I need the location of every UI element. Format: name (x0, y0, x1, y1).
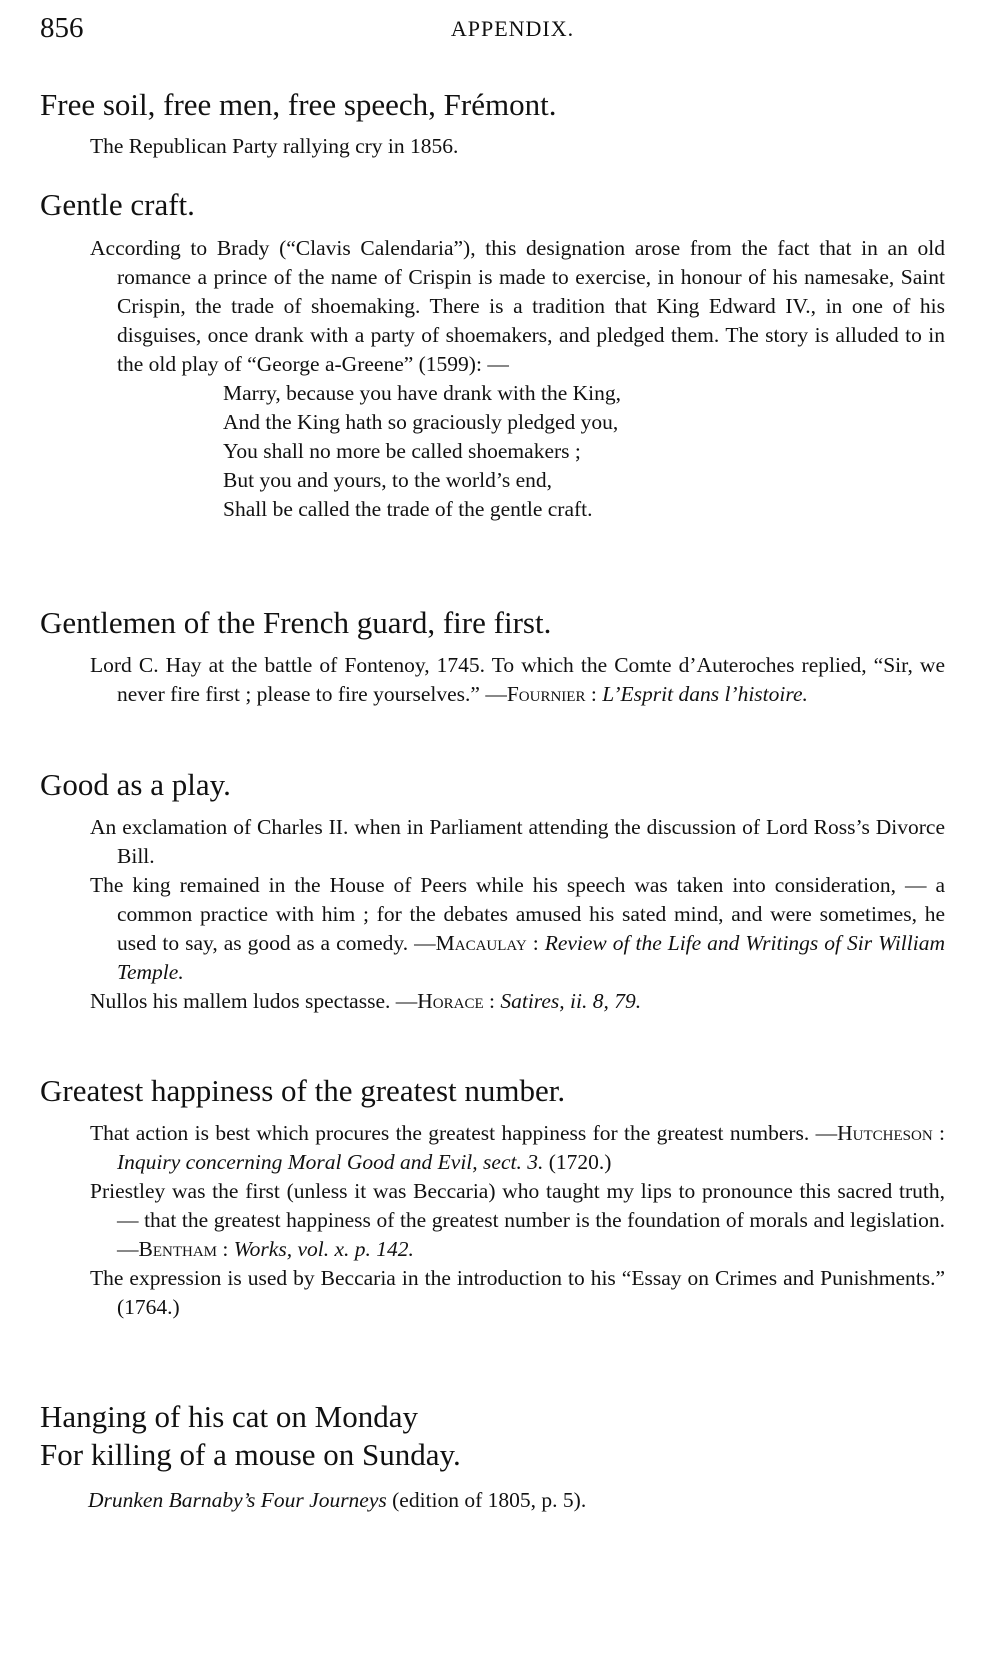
entry-hanging-of-his-cat: Hanging of his cat on Monday For killing… (40, 1398, 945, 1515)
verse-line: Marry, because you have drank with the K… (223, 379, 945, 408)
verse-line: You shall no more be called shoemakers ; (223, 437, 945, 466)
citation-separator: : (217, 1237, 234, 1261)
verse-line: But you and yours, to the world’s end, (223, 466, 945, 495)
entry-free-soil: Free soil, free men, free speech, Frémon… (40, 86, 945, 161)
citation-author: Horace (417, 989, 483, 1013)
entry-greatest-happiness: Greatest happiness of the greatest numbe… (40, 1072, 945, 1322)
citation-year: (1720.) (543, 1150, 611, 1174)
running-title: APPENDIX. (40, 16, 945, 42)
verse-line: Shall be called the trade of the gentle … (223, 495, 945, 524)
entry-heading: Gentlemen of the French guard, fire firs… (40, 604, 945, 642)
citation-separator: : (933, 1121, 945, 1145)
entry-note: The Republican Party rallying cry in 185… (90, 132, 945, 161)
citation-work: Satires, ii. 8, 79. (500, 989, 641, 1013)
entry-heading: Greatest happiness of the greatest numbe… (40, 1072, 945, 1110)
citation-work: Works, vol. x. p. 142. (234, 1237, 414, 1261)
entry-heading-line: For killing of a mouse on Sunday. (40, 1436, 945, 1474)
entry-note: An exclamation of Charles II. when in Pa… (90, 813, 945, 871)
running-header: 856 APPENDIX. (40, 12, 945, 52)
book-page: 856 APPENDIX. Free soil, free men, free … (0, 0, 1000, 1672)
citation-separator: : (585, 682, 602, 706)
entry-note: Priestley was the first (unless it was B… (90, 1177, 945, 1264)
source-work: Drunken Barnaby’s Four Journeys (88, 1488, 387, 1512)
entry-heading: Good as a play. (40, 766, 945, 804)
verse-quotation: Marry, because you have drank with the K… (223, 379, 945, 524)
entry-good-as-a-play: Good as a play. An exclamation of Charle… (40, 766, 945, 1016)
entry-heading: Gentle craft. (40, 186, 945, 224)
citation-separator: : (484, 989, 501, 1013)
entry-note: That action is best which procures the g… (90, 1119, 945, 1177)
entry-note: Nullos his mallem ludos spectasse. —Hora… (90, 987, 945, 1016)
citation-separator: : (527, 931, 545, 955)
entry-heading-line: Hanging of his cat on Monday (40, 1398, 945, 1436)
verse-line: And the King hath so graciously pledged … (223, 408, 945, 437)
citation-author: Fournier (507, 682, 586, 706)
citation-work: Inquiry concerning Moral Good and Evil, … (117, 1150, 543, 1174)
citation-work: L’Esprit dans l’histoire. (602, 682, 808, 706)
citation-author: Macaulay (436, 931, 527, 955)
entry-note: According to Brady (“Clavis Calendaria”)… (90, 234, 945, 379)
citation-author: Bentham (139, 1237, 218, 1261)
note-text: That action is best which procures the g… (90, 1121, 837, 1145)
entry-note: Lord C. Hay at the battle of Fontenoy, 1… (90, 651, 945, 709)
entry-source: Drunken Barnaby’s Four Journeys (edition… (88, 1486, 945, 1515)
entry-heading: Free soil, free men, free speech, Frémon… (40, 86, 945, 124)
note-text: Nullos his mallem ludos spectasse. — (90, 989, 417, 1013)
entry-french-guard: Gentlemen of the French guard, fire firs… (40, 604, 945, 709)
source-edition: (edition of 1805, p. 5). (387, 1488, 586, 1512)
entry-note: The expression is used by Beccaria in th… (90, 1264, 945, 1322)
entry-note: The king remained in the House of Peers … (90, 871, 945, 987)
entry-gentle-craft: Gentle craft. According to Brady (“Clavi… (40, 186, 945, 524)
citation-author: Hutcheson (837, 1121, 933, 1145)
